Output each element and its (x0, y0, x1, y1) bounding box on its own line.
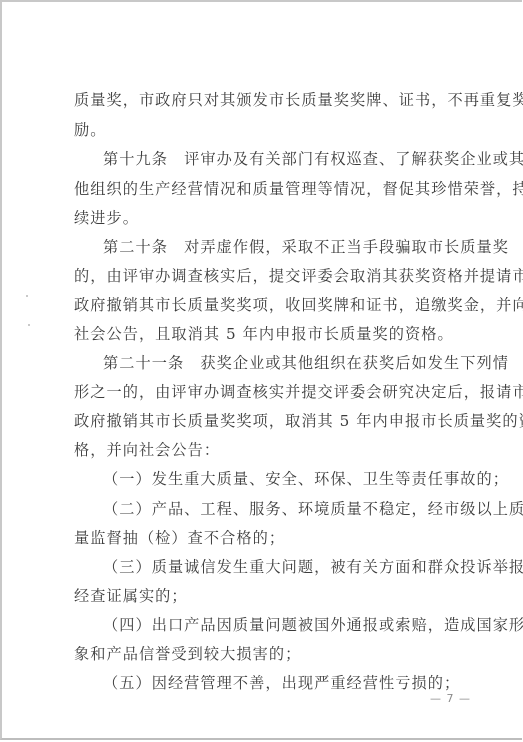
text-line: 量监督抽（检）查不合格的； (74, 528, 474, 548)
text-line: 社会公告，且取消其 5 年内申报市长质量奖的资格。 (74, 324, 474, 344)
document-page: 质量奖，市政府只对其颁发市长质量奖奖牌、证书，不再重复奖 励。 第十九条 评审办… (0, 0, 522, 740)
list-item-1: （一）发生重大质量、安全、环保、卫生等责任事故的； (103, 469, 503, 489)
text-line: 励。 (74, 120, 474, 140)
text-line: 象和产品信誉受到较大损害的； (74, 644, 474, 664)
list-item-5: （五）因经营管理不善，出现严重经营性亏损的； (103, 673, 503, 693)
text-line: 政府撤销其市长质量奖奖项，收回奖牌和证书，追缴奖金，并向 (74, 295, 474, 315)
text-line: 续进步。 (74, 208, 474, 228)
article-21-heading-line: 第二十一条 获奖企业或其他组织在获奖后如发生下列情 (103, 353, 503, 373)
text-line: 形之一的，由评审办调查核实并提交评委会研究决定后，报请市 (74, 382, 474, 402)
text-line: 政府撤销其市长质量奖奖项，取消其 5 年内申报市长质量奖的资 (74, 411, 474, 431)
text-line: 他组织的生产经营情况和质量管理等情况，督促其珍惜荣誉，持 (74, 179, 474, 199)
article-19-heading-line: 第十九条 评审办及有关部门有权巡查、了解获奖企业或其 (103, 149, 503, 169)
list-item-3: （三）质量诚信发生重大问题，被有关方面和群众投诉举报 (103, 557, 503, 577)
article-20-heading-line: 第二十条 对弄虚作假，采取不正当手段骗取市长质量奖 (103, 237, 503, 257)
scan-speck (26, 295, 28, 297)
text-line: 格，并向社会公告： (74, 440, 474, 460)
text-line: 质量奖，市政府只对其颁发市长质量奖奖牌、证书，不再重复奖 (74, 90, 474, 110)
list-item-2: （二）产品、工程、服务、环境质量不稳定，经市级以上质 (103, 499, 503, 519)
list-item-4: （四）出口产品因质量问题被国外通报或索赔，造成国家形 (103, 615, 503, 635)
scan-speck (28, 324, 30, 326)
page-number: — 7 — (430, 692, 471, 705)
text-line: 的，由评审办调查核实后，提交评委会取消其获奖资格并提请市 (74, 266, 474, 286)
text-line: 经查证属实的； (74, 586, 474, 606)
